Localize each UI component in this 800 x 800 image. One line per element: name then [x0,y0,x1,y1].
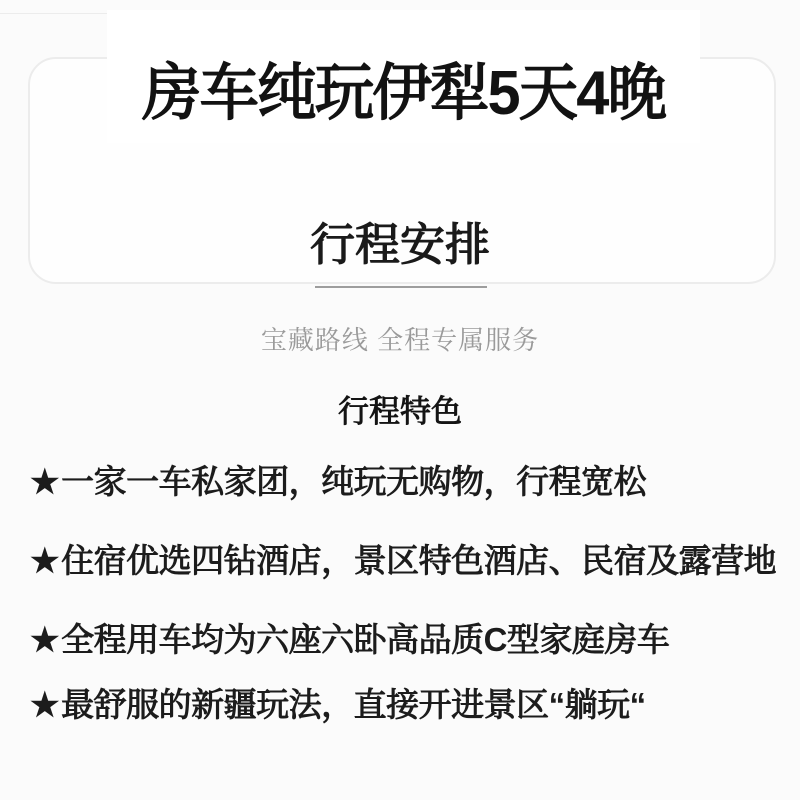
feature-text: 住宿优选四钻酒店，景区特色酒店、民宿及露营地 [61,542,776,579]
page-title: 房车纯玩伊犁5天4晚 [142,43,665,132]
itinerary-page: 房车纯玩伊犁5天4晚 行程安排 宝藏路线 全程专属服务 行程特色 ★一家一车私家… [0,0,800,800]
route-subtitle: 宝藏路线 全程专属服务 [0,320,800,357]
star-icon: ★ [30,686,59,724]
section-heading-itinerary: 行程安排 [0,208,800,273]
title-banner: 房车纯玩伊犁5天4晚 [107,10,700,143]
features-heading: 行程特色 [0,386,800,431]
heading-underline [315,286,487,288]
feature-text: 一家一车私家团，纯玩无购物，行程宽松 [61,463,646,500]
star-icon: ★ [30,621,59,659]
feature-item: ★最舒服的新疆玩法，直接开进景区“躺玩“ [30,686,790,724]
star-icon: ★ [30,542,59,580]
feature-text: 全程用车均为六座六卧高品质C型家庭房车 [61,621,669,658]
feature-item: ★住宿优选四钻酒店，景区特色酒店、民宿及露营地 [30,542,790,580]
feature-item: ★一家一车私家团，纯玩无购物，行程宽松 [30,463,790,501]
feature-text: 最舒服的新疆玩法，直接开进景区“躺玩“ [61,686,646,723]
star-icon: ★ [30,463,59,501]
feature-item: ★全程用车均为六座六卧高品质C型家庭房车 [30,621,790,659]
